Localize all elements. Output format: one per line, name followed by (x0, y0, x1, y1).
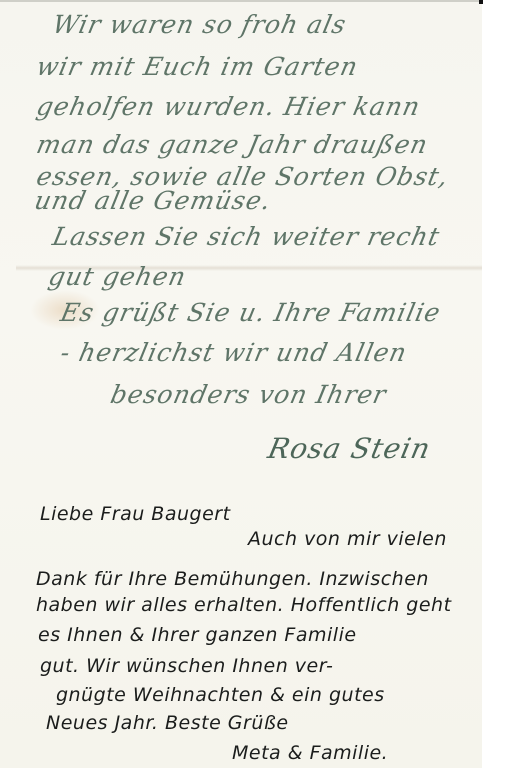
scan-corner-mark (479, 0, 483, 4)
letter-line: haben wir alles erhalten. Hoffentlich ge… (36, 594, 452, 616)
letter-line: es Ihnen & Ihrer ganzen Familie (38, 624, 357, 646)
paper-top-edge (0, 0, 482, 2)
letter-line: Es grüßt Sie u. Ihre Familie (58, 298, 444, 327)
signature-meta-familie: Meta & Familie. (232, 742, 388, 764)
letter-line: Wir waren so froh als (50, 10, 349, 39)
letter-line: besonders von Ihrer (108, 380, 389, 409)
letter-line: gut gehen (46, 262, 189, 291)
letter-line: geholfen wurden. Hier kann (34, 92, 423, 121)
signature-rosa-stein: Rosa Stein (265, 432, 434, 465)
letter-line: gnügte Weihnachten & ein gutes (56, 684, 385, 706)
letter-line: man das ganze Jahr draußen (34, 130, 431, 159)
letter-line: und alle Gemüse. (32, 186, 274, 215)
letter-line: Dank für Ihre Bemühungen. Inzwischen (36, 568, 429, 590)
letter-line: gut. Wir wünschen Ihnen ver- (40, 655, 333, 677)
letter-line: Lassen Sie sich weiter recht (50, 222, 443, 251)
salutation: Liebe Frau Baugert (40, 503, 231, 525)
letter-line: - herzlichst wir und Allen (58, 338, 410, 367)
letter-line: wir mit Euch im Garten (34, 52, 361, 81)
letter-line: Neues Jahr. Beste Grüße (46, 712, 289, 734)
letter-line: Auch von mir vielen (248, 528, 447, 550)
letter-paper: Wir waren so froh als wir mit Euch im Ga… (0, 0, 482, 768)
